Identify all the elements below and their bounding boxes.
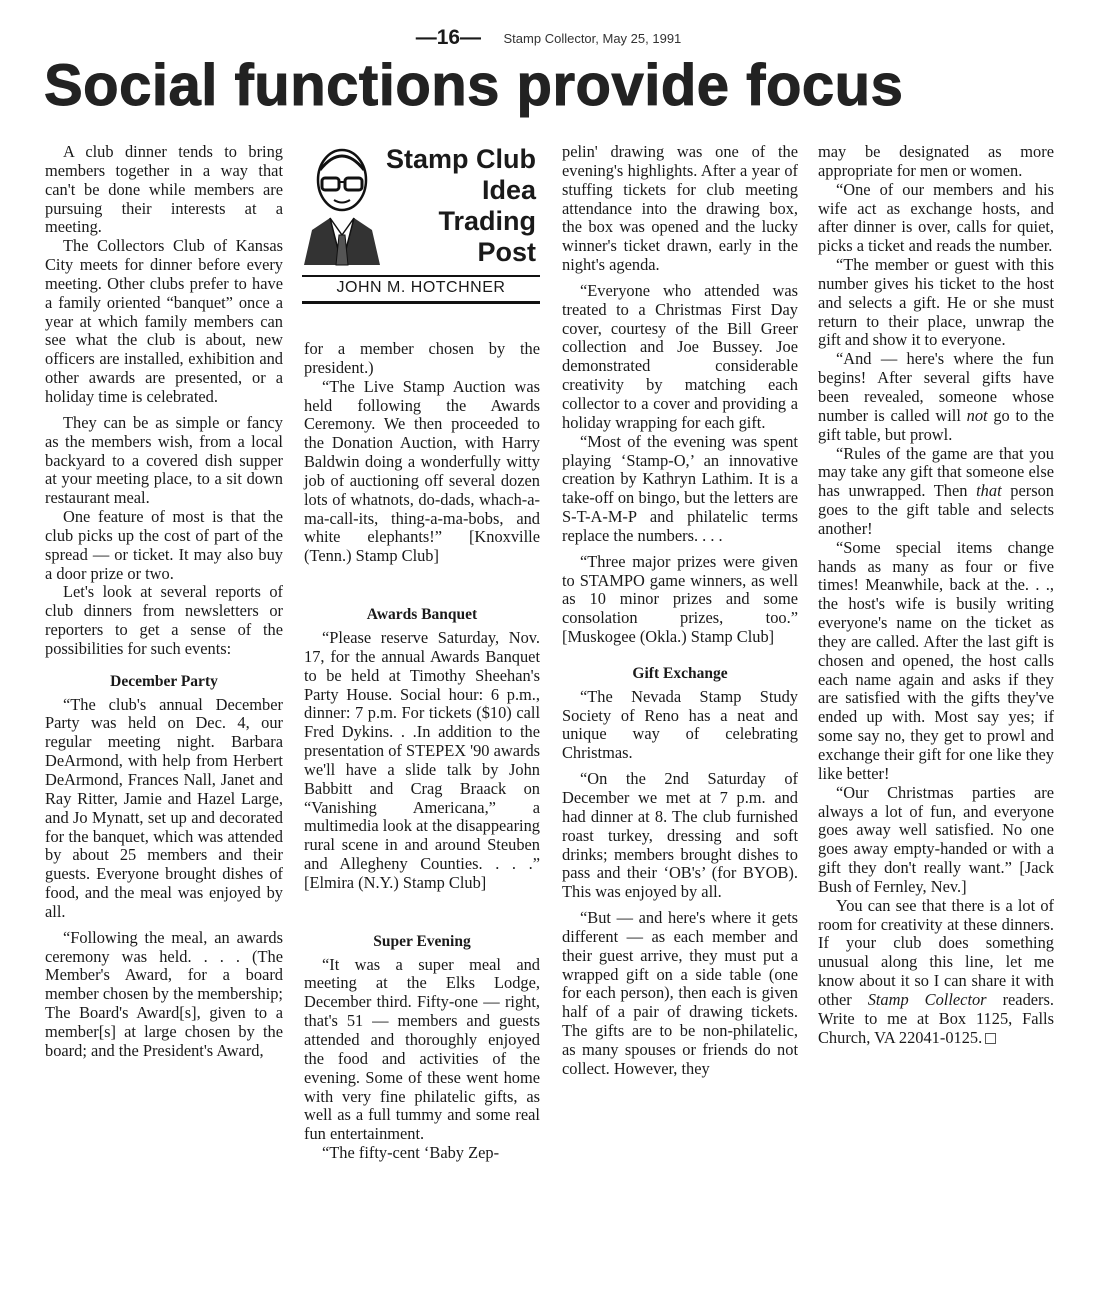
divider (302, 301, 540, 304)
section-paragraph: “The fifty-cent ‘Baby Zep- (304, 1144, 540, 1163)
section-paragraph: “Some special items change hands as many… (818, 539, 1054, 784)
section-paragraph: “It was a super meal and meeting at the … (304, 956, 540, 1144)
section-paragraph: “One of our members and his wife act as … (818, 181, 1054, 256)
column-2: for a member chosen by the president.) “… (304, 340, 540, 1163)
section-paragraph: may be designated as more appropriate fo… (818, 143, 1054, 181)
section-paragraph: “Three major prizes were given to STAMPO… (562, 553, 798, 647)
column-logo: Stamp Club Idea Trading Post JOHN M. HOT… (300, 138, 542, 308)
section-paragraph: “The Live Stamp Auction was held followi… (304, 378, 540, 566)
page-number: —16— (416, 26, 481, 49)
section-paragraph: “Please reserve Saturday, Nov. 17, for t… (304, 629, 540, 893)
intro-paragraph: They can be as simple or fancy as the me… (45, 414, 283, 508)
section-paragraph: “Rules of the game are that you may take… (818, 445, 1054, 539)
section-heading-gift-exchange: Gift Exchange (562, 665, 798, 684)
section-paragraph: “Most of the evening was spent playing ‘… (562, 433, 798, 546)
section-paragraph: “The club's annual December Party was he… (45, 696, 283, 922)
byline: JOHN M. HOTCHNER (302, 279, 540, 297)
section-heading-december-party: December Party (45, 673, 283, 692)
section-paragraph: pelin' drawing was one of the evening's … (562, 143, 798, 275)
section-paragraph: “The Nevada Stamp Study Society of Reno … (562, 688, 798, 763)
intro-paragraph: One feature of most is that the club pic… (45, 508, 283, 583)
publication-name: Stamp Collector (868, 990, 987, 1009)
column-4: may be designated as more appropriate fo… (818, 143, 1054, 1048)
end-of-article-icon (985, 1033, 996, 1044)
section-paragraph: “Following the meal, an awards ceremony … (45, 929, 283, 1061)
column-logo-title: Stamp Club Idea Trading Post (386, 144, 536, 268)
section-paragraph: “And — here's where the fun begins! Afte… (818, 350, 1054, 444)
section-paragraph: “The member or guest with this number gi… (818, 256, 1054, 350)
section-paragraph: for a member chosen by the president.) (304, 340, 540, 378)
column-3: pelin' drawing was one of the evening's … (562, 143, 798, 1079)
divider (302, 275, 540, 277)
section-paragraph: “Our Christmas parties are always a lot … (818, 784, 1054, 897)
section-paragraph: “But — and here's where it gets differen… (562, 909, 798, 1079)
section-paragraph: “Everyone who attended was treated to a … (562, 282, 798, 433)
section-heading-awards-banquet: Awards Banquet (304, 606, 540, 625)
page-folio: —16— Stamp Collector, May 25, 1991 (0, 26, 1097, 50)
intro-paragraph: Let's look at several reports of club di… (45, 583, 283, 658)
intro-paragraph: A club dinner tends to bring members tog… (45, 143, 283, 237)
closing-paragraph: You can see that there is a lot of room … (818, 897, 1054, 1048)
headline: Social functions provide focus (44, 52, 1044, 119)
section-heading-super-evening: Super Evening (304, 933, 540, 952)
publication-dateline: Stamp Collector, May 25, 1991 (504, 31, 682, 46)
column-1: A club dinner tends to bring members tog… (45, 143, 283, 1061)
section-paragraph: “On the 2nd Saturday of December we met … (562, 770, 798, 902)
author-portrait-icon (302, 140, 382, 270)
intro-paragraph: The Collectors Club of Kansas City meets… (45, 237, 283, 407)
